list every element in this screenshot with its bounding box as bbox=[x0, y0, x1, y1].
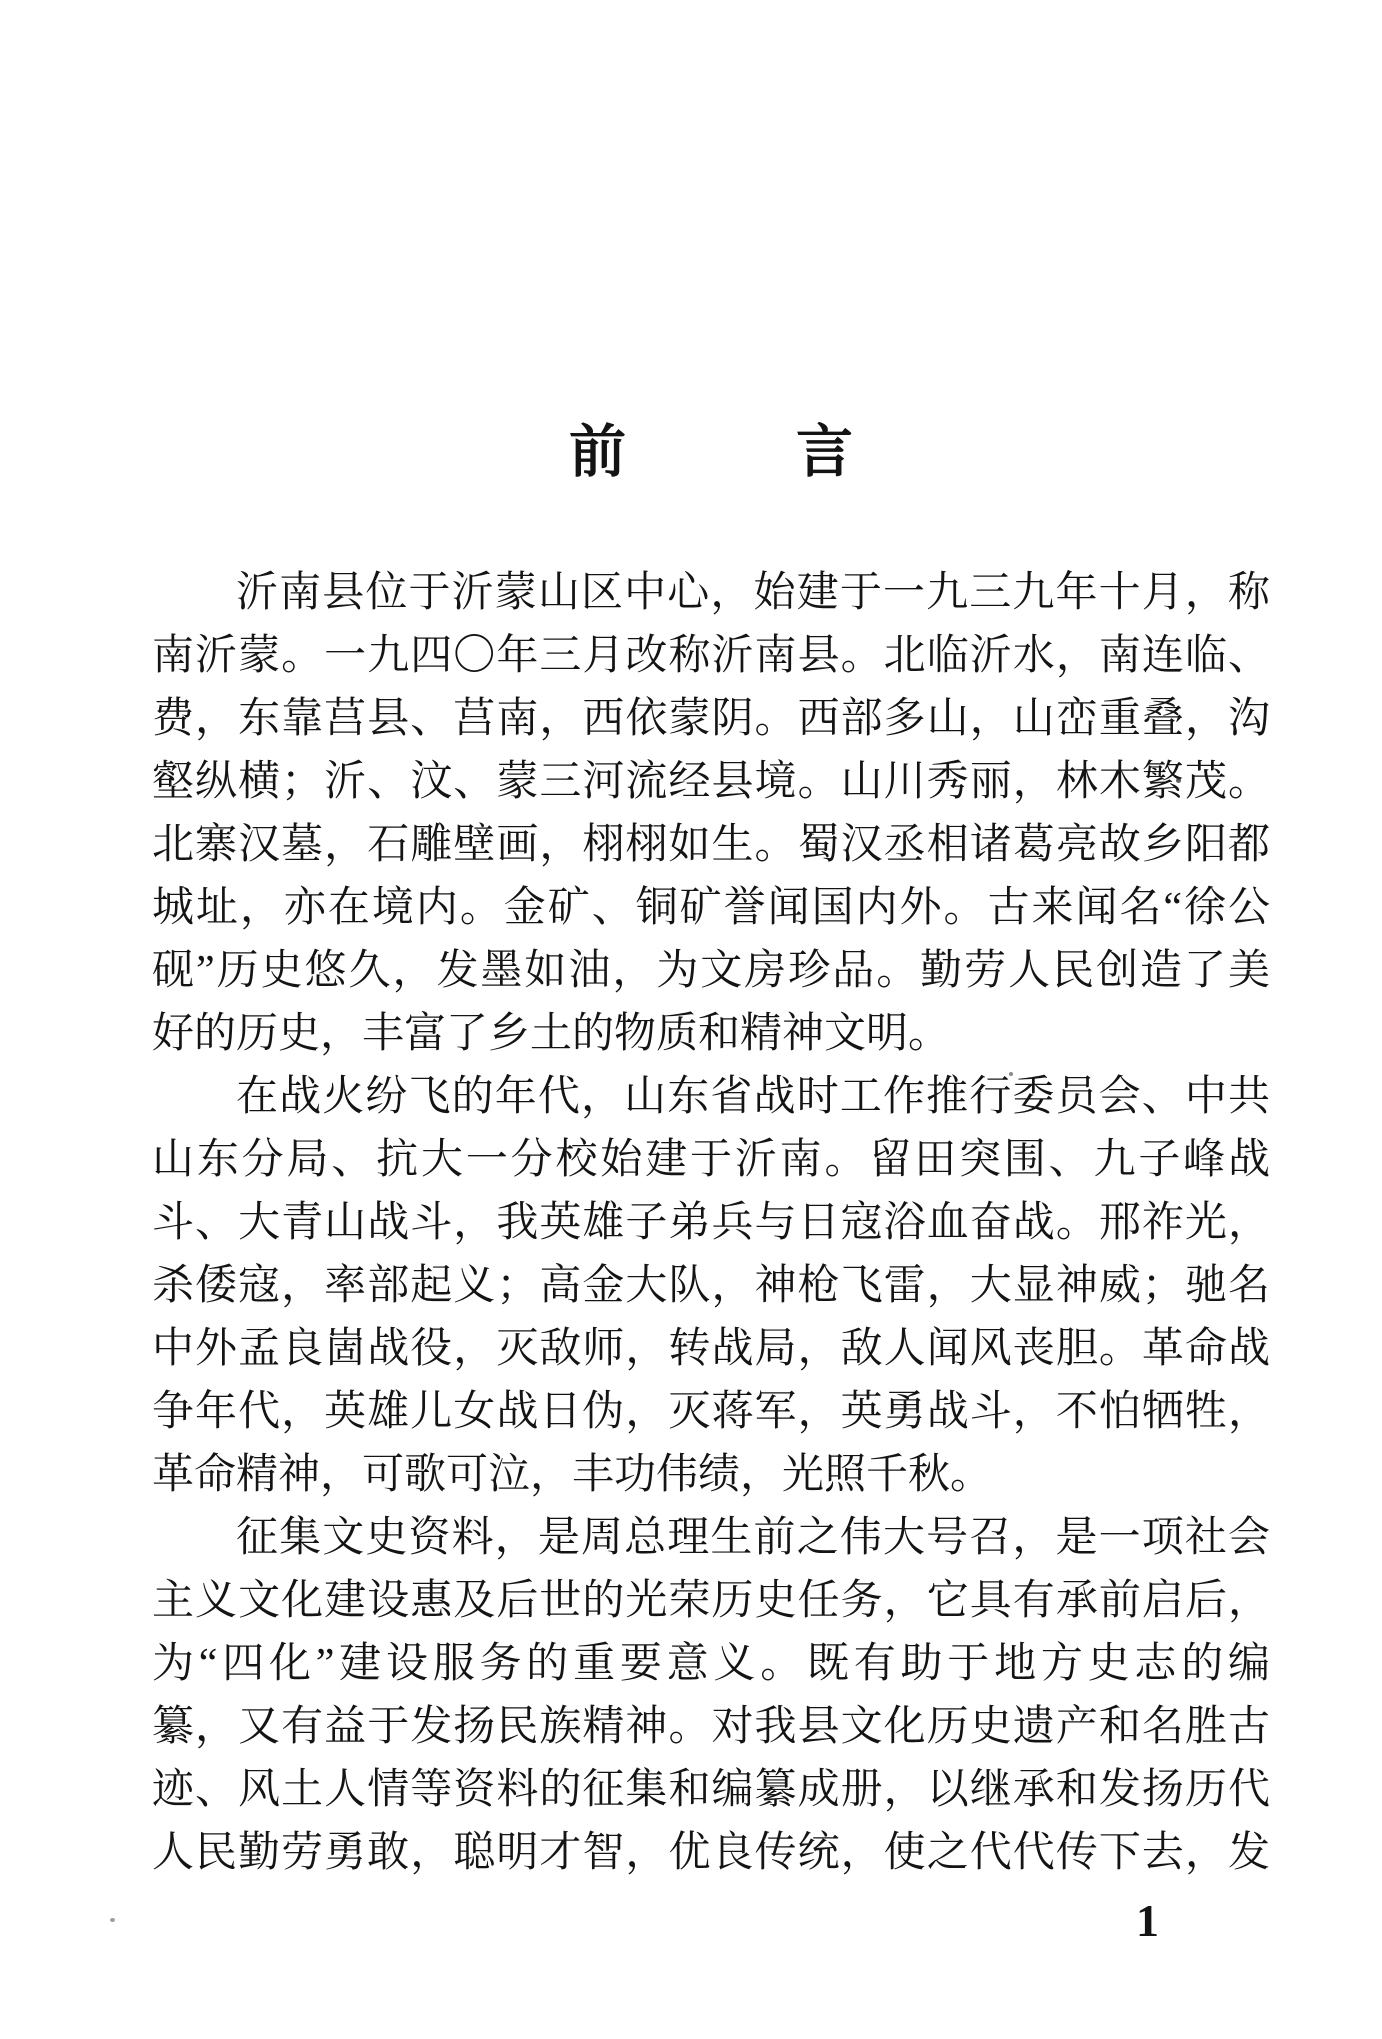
scanned-book-page: 前 言 沂南县位于沂蒙山区中心，始建于一九三九年十月，称 南沂蒙。一九四〇年三月… bbox=[0, 0, 1382, 2039]
paragraph-3: 征集文史资料，是周总理生前之伟大号召，是一项社会 主义文化建设惠及后世的光荣历史… bbox=[152, 1507, 1270, 1885]
body-text: 沂南县位于沂蒙山区中心，始建于一九三九年十月，称 南沂蒙。一九四〇年三月改称沂南… bbox=[152, 562, 1270, 1885]
text-line: 纂，又有益于发扬民族精神。对我县文化历史遗产和名胜古 bbox=[152, 1696, 1270, 1759]
scan-artifact-dot bbox=[1009, 1072, 1013, 1076]
text-line: 南沂蒙。一九四〇年三月改称沂南县。北临沂水，南连临、 bbox=[152, 625, 1270, 688]
text-line: 在战火纷飞的年代，山东省战时工作推行委员会、中共 bbox=[152, 1066, 1270, 1129]
page-title: 前 言 bbox=[152, 424, 1270, 481]
text-line: 革命精神，可歌可泣，丰功伟绩，光照千秋。 bbox=[152, 1444, 1270, 1507]
scan-artifact-dot bbox=[110, 1918, 115, 1922]
text-line: 杀倭寇，率部起义；高金大队，神枪飞雷，大显神威；驰名 bbox=[152, 1255, 1270, 1318]
text-line: 沂南县位于沂蒙山区中心，始建于一九三九年十月，称 bbox=[152, 562, 1270, 625]
text-line: 斗、大青山战斗，我英雄子弟兵与日寇浴血奋战。邢祚光， bbox=[152, 1192, 1270, 1255]
paragraph-1: 沂南县位于沂蒙山区中心，始建于一九三九年十月，称 南沂蒙。一九四〇年三月改称沂南… bbox=[152, 562, 1270, 1066]
paragraph-2: 在战火纷飞的年代，山东省战时工作推行委员会、中共 山东分局、抗大一分校始建于沂南… bbox=[152, 1066, 1270, 1507]
text-line: 为“四化”建设服务的重要意义。既有助于地方史志的编 bbox=[152, 1633, 1270, 1696]
text-line: 北寨汉墓，石雕壁画，栩栩如生。蜀汉丞相诸葛亮故乡阳都 bbox=[152, 814, 1270, 877]
text-line: 好的历史，丰富了乡土的物质和精神文明。 bbox=[152, 1003, 1270, 1066]
text-line: 人民勤劳勇敢，聪明才智，优良传统，使之代代传下去，发 bbox=[152, 1822, 1270, 1885]
scan-artifact-dot bbox=[1176, 778, 1181, 783]
text-line: 城址，亦在境内。金矿、铜矿誉闻国内外。古来闻名“徐公 bbox=[152, 877, 1270, 940]
page-number: 1 bbox=[1136, 1898, 1159, 1944]
page-title-char-1: 前 bbox=[569, 424, 626, 481]
text-line: 费，东靠莒县、莒南，西依蒙阴。西部多山，山峦重叠，沟 bbox=[152, 688, 1270, 751]
text-line: 争年代，英雄儿女战日伪，灭蒋军，英勇战斗，不怕牺牲， bbox=[152, 1381, 1270, 1444]
text-line: 迹、风土人情等资料的征集和编纂成册，以继承和发扬历代 bbox=[152, 1759, 1270, 1822]
page-title-char-2: 言 bbox=[796, 424, 853, 481]
text-line: 壑纵横；沂、汶、蒙三河流经县境。山川秀丽，林木繁茂。 bbox=[152, 751, 1270, 814]
text-line: 征集文史资料，是周总理生前之伟大号召，是一项社会 bbox=[152, 1507, 1270, 1570]
text-line: 主义文化建设惠及后世的光荣历史任务，它具有承前启后， bbox=[152, 1570, 1270, 1633]
text-line: 中外孟良崮战役，灭敌师，转战局，敌人闻风丧胆。革命战 bbox=[152, 1318, 1270, 1381]
text-line: 山东分局、抗大一分校始建于沂南。留田突围、九子峰战 bbox=[152, 1129, 1270, 1192]
text-line: 砚”历史悠久，发墨如油，为文房珍品。勤劳人民创造了美 bbox=[152, 940, 1270, 1003]
